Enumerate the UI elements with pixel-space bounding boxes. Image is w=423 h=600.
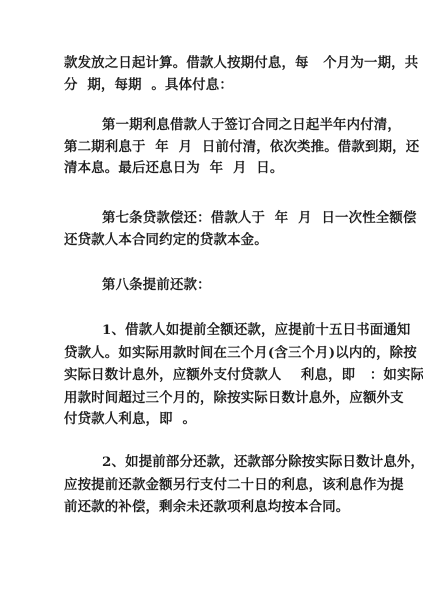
text-line: 款发放之日起计算。借款人按期付息，每 个月为一期，共 — [64, 55, 418, 71]
text-line: 贷款人。如实际用款时间在三个月(含三个月)以内的，除按 — [64, 345, 417, 361]
text-line: 第八条提前还款： — [102, 277, 211, 293]
text-line: 用款时间超过三个月的，除按实际日数计息外，应额外支 — [64, 390, 404, 406]
text-line: 1、借款人如提前全额还款，应提前十五日书面通知 — [102, 322, 411, 338]
text-line: 分 期，每期 。具体付息： — [64, 77, 233, 93]
text-line: 第一期利息借款人于签订合同之日起半年内付清， — [102, 117, 401, 133]
text-line: 实际日数计息外，应额外支付贷款人 利息，即 ：如实际 — [64, 367, 423, 383]
text-line: 第二期利息于 年 月 日前付清，依次类推。借款到期，还 — [64, 139, 419, 155]
text-line: 2、如提前部分还款，还款部分除按实际日数计息外， — [102, 454, 423, 470]
text-line: 还贷款人本合同约定的贷款本金。 — [64, 232, 268, 248]
text-line: 清本息。最后还息日为 年 月 日。 — [64, 160, 283, 176]
text-line: 付贷款人利息，即 。 — [64, 411, 196, 427]
document-page: 款发放之日起计算。借款人按期付息，每 个月为一期，共 分 期，每期 。具体付息：… — [0, 0, 423, 600]
text-line: 应按提前还款金额另行支付二十日的利息，该利息作为提 — [64, 477, 404, 493]
text-line: 第七条贷款偿还：借款人于 年 月 日一次性全额偿 — [102, 210, 417, 226]
text-line: 前还款的补偿，剩余未还款项利息均按本合同。 — [64, 499, 349, 515]
